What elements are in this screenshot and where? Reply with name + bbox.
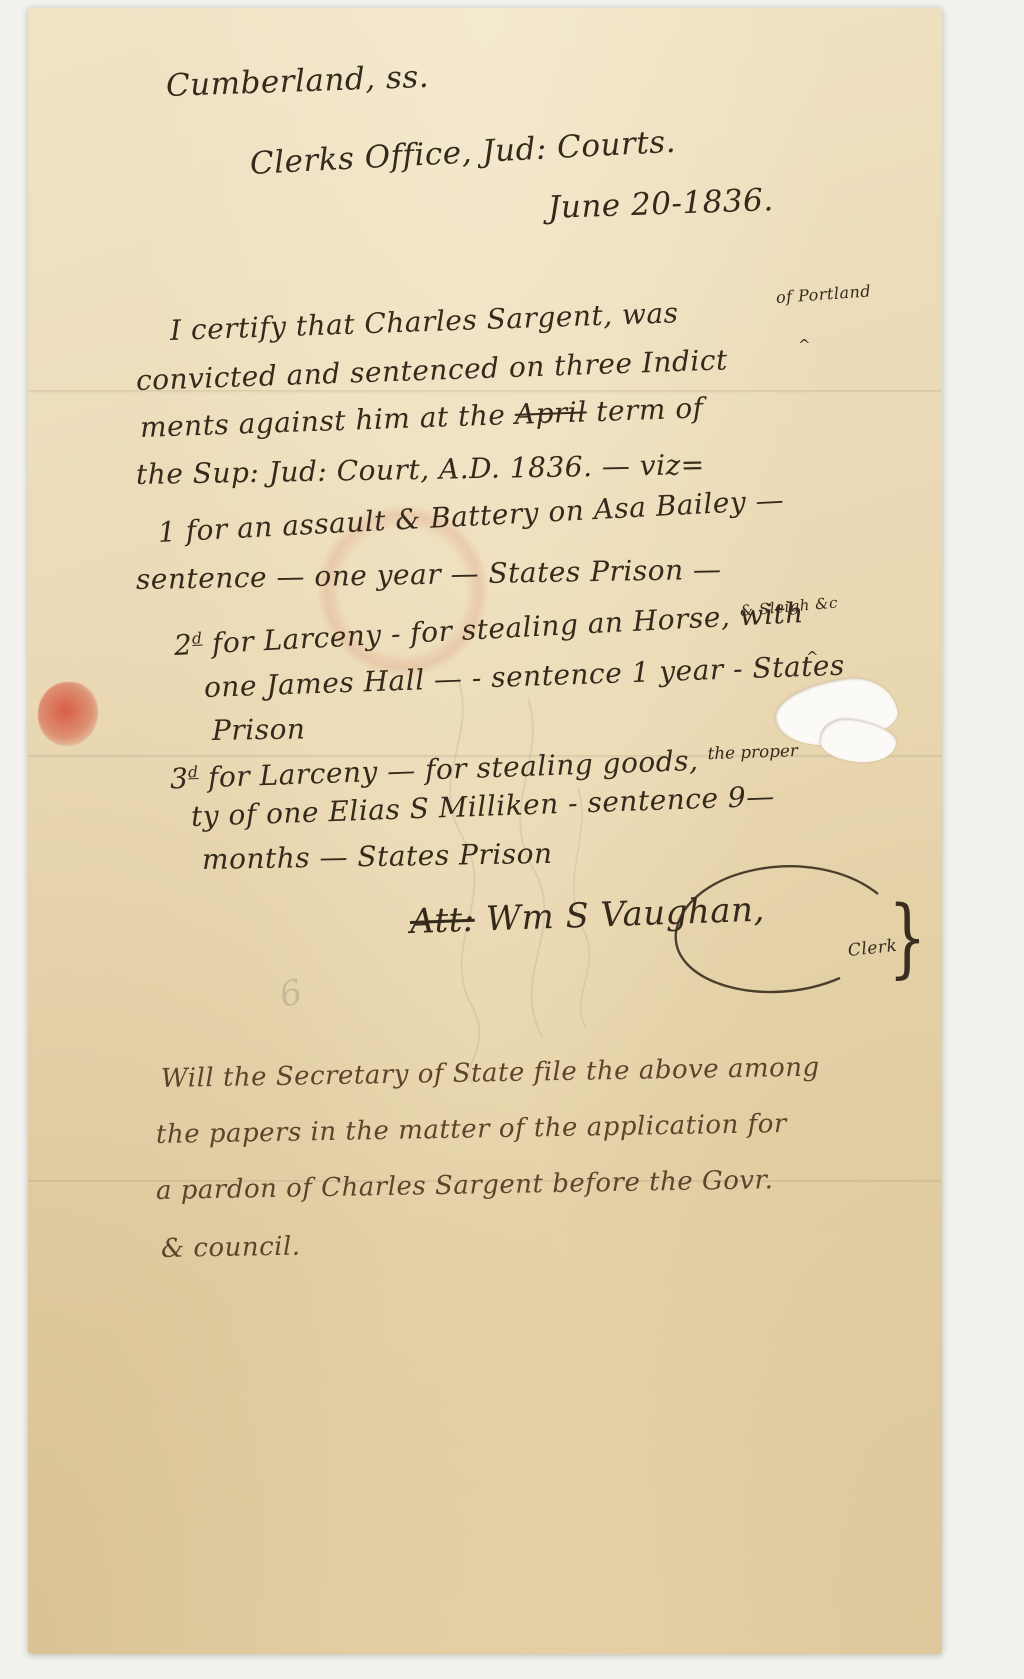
attestation-label: Att: xyxy=(409,900,475,942)
indictment-3-number-sup: d xyxy=(188,763,199,781)
certification-line-1: I certify that Charles Sargent, was xyxy=(169,296,679,347)
indictment-1-number: 1 xyxy=(157,515,177,549)
note-line-4: & council. xyxy=(161,1232,301,1264)
line-3-after: term of xyxy=(586,391,704,428)
indictment-3-number: 3 xyxy=(169,762,188,796)
caret-mark: ^ xyxy=(798,336,811,354)
indictment-2-line-3: Prison xyxy=(212,712,306,747)
note-line-2: the papers in the matter of the applicat… xyxy=(156,1109,787,1150)
office-line: Clerks Office, Jud: Courts. xyxy=(249,124,677,182)
indictment-2-line-1: 2d for Larceny - for stealing an Horse, … xyxy=(173,596,804,662)
note-line-1: Will the Secretary of State file the abo… xyxy=(161,1053,820,1094)
letter-paper: 6 Cumberland, ss. Clerks Office, Jud: Co… xyxy=(28,8,942,1654)
indictment-2-number: 2 xyxy=(173,628,193,662)
certification-line-2: convicted and sentenced on three Indict xyxy=(135,343,728,397)
certification-line-3: ments against him at the April term of xyxy=(139,391,704,444)
indictment-3-tail: the proper xyxy=(707,740,798,763)
struck-word-april: April xyxy=(514,395,587,430)
indictment-3-line-3: months — States Prison xyxy=(202,837,553,876)
county-line: Cumberland, ss. xyxy=(165,59,429,104)
date-line: June 20-1836. xyxy=(547,182,774,226)
red-wax-stain xyxy=(38,682,98,746)
line-3-before: ments against him at the xyxy=(139,398,515,444)
document-scan: 6 Cumberland, ss. Clerks Office, Jud: Co… xyxy=(0,0,1024,1679)
note-line-3: a pardon of Charles Sargent before the G… xyxy=(156,1165,774,1206)
indictment-2-text: for Larceny - for stealing an Horse, wit… xyxy=(211,596,804,660)
indictment-1-text: for an assault & Battery on Asa Bailey — xyxy=(185,483,785,547)
pencil-number-mark: 6 xyxy=(275,972,306,1016)
insertion-of-portland: of Portland xyxy=(775,281,871,307)
certification-line-4: the Sup: Jud: Court, A.D. 1836. — viz= xyxy=(136,448,705,491)
indictment-1-line-2: sentence — one year — States Prison — xyxy=(136,553,722,596)
pencil-ghost-marks xyxy=(418,668,608,1088)
indictment-2-number-sup: d xyxy=(192,629,203,648)
